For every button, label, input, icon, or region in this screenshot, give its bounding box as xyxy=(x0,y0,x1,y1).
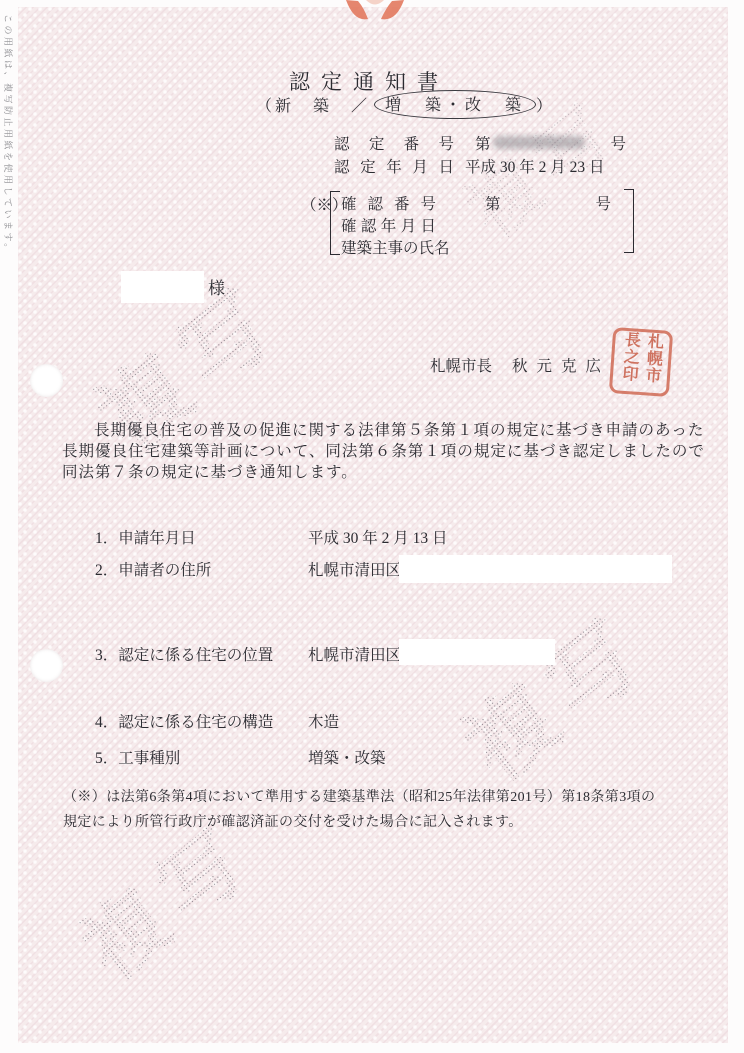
official-seal-text: 札幌市長之印 xyxy=(616,330,666,393)
blurred-certification-number xyxy=(493,136,585,149)
confirmation-number-prefix: 第 xyxy=(485,196,501,213)
issuer-title: 札幌市長 xyxy=(430,358,492,375)
item-row-3: 3．認定に係る住宅の位置 xyxy=(95,643,273,665)
body-line-3: 同法第７条の規定に基づき通知します。 xyxy=(62,463,358,483)
partial-stamp-mark xyxy=(344,0,406,30)
cert-date-label: 認定年月日 xyxy=(334,155,454,177)
hole-punch-top xyxy=(30,364,63,397)
confirmation-number-label: 確認番号 xyxy=(341,192,436,214)
cert-date-value: 平成 30 年 2 月 23 日 xyxy=(465,159,605,176)
body-line-2: 長期優良住宅建築等計画について、同法第６条第１項の規定に基づき認定しましたので xyxy=(62,442,705,462)
item-row-2: 2．申請者の住所 xyxy=(95,558,211,580)
item-3-no: 3． xyxy=(95,647,118,664)
item-5-label: 工事種別 xyxy=(118,750,180,767)
document-subtitle: （新 築 ／ 増 築・改 築 ） xyxy=(256,90,555,119)
footnote-line-2: 規定により所管行政庁が確認済証の交付を受けた場合に記入されます。 xyxy=(63,811,523,831)
building-official-row: 建築主事の氏名 xyxy=(341,236,450,258)
redacted-house-location xyxy=(399,639,555,665)
item-4-no: 4． xyxy=(95,714,118,731)
cert-number-label: 認定番号 xyxy=(334,132,454,154)
item-2-label: 申請者の住所 xyxy=(118,562,211,579)
item-1-value: 平成 30 年 2 月 13 日 xyxy=(308,526,448,548)
item-row-4: 4．認定に係る住宅の構造 xyxy=(95,710,273,732)
item-3-value: 札幌市清田区 xyxy=(308,643,401,665)
item-row-1: 1．申請年月日 xyxy=(95,526,196,548)
redacted-applicant-address xyxy=(399,555,672,583)
item-4-label: 認定に係る住宅の構造 xyxy=(118,714,273,731)
item-2-value: 札幌市清田区 xyxy=(308,558,401,580)
subtitle-suffix: ） xyxy=(536,93,555,116)
cert-date-row: 認定年月日平成 30 年 2 月 23 日 xyxy=(334,155,605,177)
item-5-value: 増築・改築 xyxy=(308,746,386,768)
hole-punch-bottom xyxy=(30,649,63,682)
item-1-no: 1． xyxy=(95,530,118,547)
item-2-no: 2． xyxy=(95,562,118,579)
cert-number-suffix: 号 xyxy=(611,136,627,153)
confirmation-date-row: 確認年月日 xyxy=(341,214,436,236)
body-line-1: 長期優良住宅の普及の促進に関する法律第５条第１項の規定に基づき申請のあった xyxy=(62,421,704,441)
issuer-line: 札幌市長秋元克広 xyxy=(430,354,610,376)
redacted-addressee-name xyxy=(121,271,204,303)
item-5-no: 5． xyxy=(95,750,118,767)
confirmation-number-suffix: 号 xyxy=(596,196,612,213)
scanned-document-page: 複写 複写 複写 複写 この用紙は、複写防止用紙を使用しています。 認定通知書 … xyxy=(0,0,744,1053)
addressee-honorific: 様 xyxy=(208,274,225,299)
subtitle-prefix: （新 築 ／ xyxy=(256,93,370,116)
right-bracket xyxy=(624,189,634,253)
footnote-line-1: （※）は法第6条第4項において準用する建築基準法（昭和25年法律第201号）第1… xyxy=(63,786,655,806)
item-1-label: 申請年月日 xyxy=(118,530,196,547)
cert-number-prefix: 第 xyxy=(475,136,491,153)
item-3-label: 認定に係る住宅の位置 xyxy=(118,647,273,664)
item-4-value: 木造 xyxy=(308,710,339,732)
confirmation-number-row: 確認番号第号 xyxy=(341,192,611,214)
anti-copy-paper-note: この用紙は、複写防止用紙を使用しています。 xyxy=(2,14,15,255)
confirmation-date-label: 確認年月日 xyxy=(341,214,436,236)
building-official-label: 建築主事の氏名 xyxy=(341,240,450,257)
official-seal: 札幌市長之印 xyxy=(609,327,673,397)
issuer-name: 秋元克広 xyxy=(512,358,610,375)
subtitle-circled-option: 増 築・改 築 xyxy=(374,90,536,119)
left-bracket xyxy=(330,191,340,255)
item-row-5: 5．工事種別 xyxy=(95,746,180,768)
